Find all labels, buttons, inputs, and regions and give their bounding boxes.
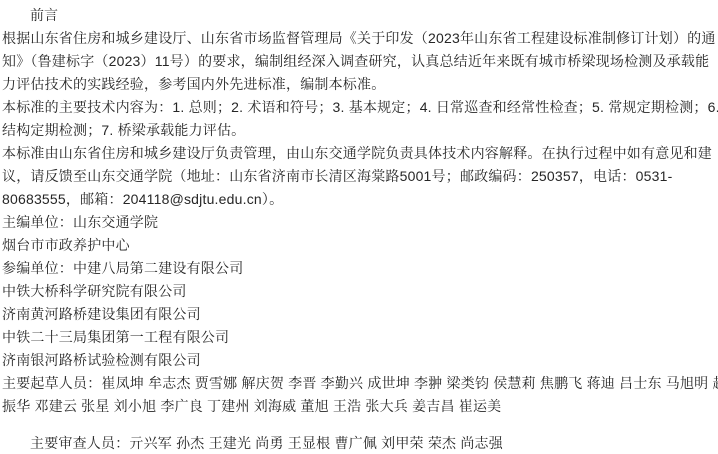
text-line: 中铁大桥科学研究院有限公司: [2, 280, 718, 303]
text-line: 知》（鲁建标字（2023）11号）的要求，编制组经深入调查研究，认真总结近年来既…: [2, 50, 718, 73]
text-line: 力评估技术的实践经验，参考国内外先进标准，编制本标准。: [2, 73, 718, 96]
text-line: 议，请反馈至山东交通学院（地址：山东省济南市长清区海棠路5001号；邮政编码：2…: [2, 165, 718, 188]
document-title: 前言: [2, 4, 718, 27]
text-line: 本标准的主要技术内容为：1. 总则；2. 术语和符号；3. 基本规定；4. 日常…: [2, 96, 718, 119]
text-line: 济南黄河路桥建设集团有限公司: [2, 303, 718, 326]
text-line: 主编单位：山东交通学院: [2, 211, 718, 234]
text-line: 烟台市市政养护中心: [2, 234, 718, 257]
text-line: 主要起草人员：崔凤坤 牟志杰 贾雪娜 解庆贺 李晋 李勤兴 成世坤 李翀 梁类钧…: [2, 372, 718, 395]
text-line: 参编单位：中建八局第二建设有限公司: [2, 257, 718, 280]
text-line: 主要审查人员：亓兴军 孙杰 王建光 尚勇 王显根 曹广佩 刘甲荣 荣杰 尚志强: [2, 432, 718, 454]
text-line: 结构定期检测；7. 桥梁承载能力评估。: [2, 119, 718, 142]
text-line: 济南银河路桥试验检测有限公司: [2, 349, 718, 372]
text-line: 振华 邓建云 张星 刘小旭 李广良 丁建州 刘海威 董旭 王浩 张大兵 姜吉昌 …: [2, 395, 718, 418]
text-line: 本标准由山东省住房和城乡建设厅负责管理，由山东交通学院负责具体技术内容解释。在执…: [2, 142, 718, 165]
blank-line: [2, 418, 718, 432]
text-line: 80683555，邮箱：204118@sdjtu.edu.cn）。: [2, 188, 718, 211]
text-line: 根据山东省住房和城乡建设厅、山东省市场监督管理局《关于印发（2023年山东省工程…: [2, 27, 718, 50]
text-line: 中铁二十三局集团第一工程有限公司: [2, 326, 718, 349]
document-body: 根据山东省住房和城乡建设厅、山东省市场监督管理局《关于印发（2023年山东省工程…: [2, 27, 718, 454]
document-page: 前言 根据山东省住房和城乡建设厅、山东省市场监督管理局《关于印发（2023年山东…: [0, 0, 718, 454]
